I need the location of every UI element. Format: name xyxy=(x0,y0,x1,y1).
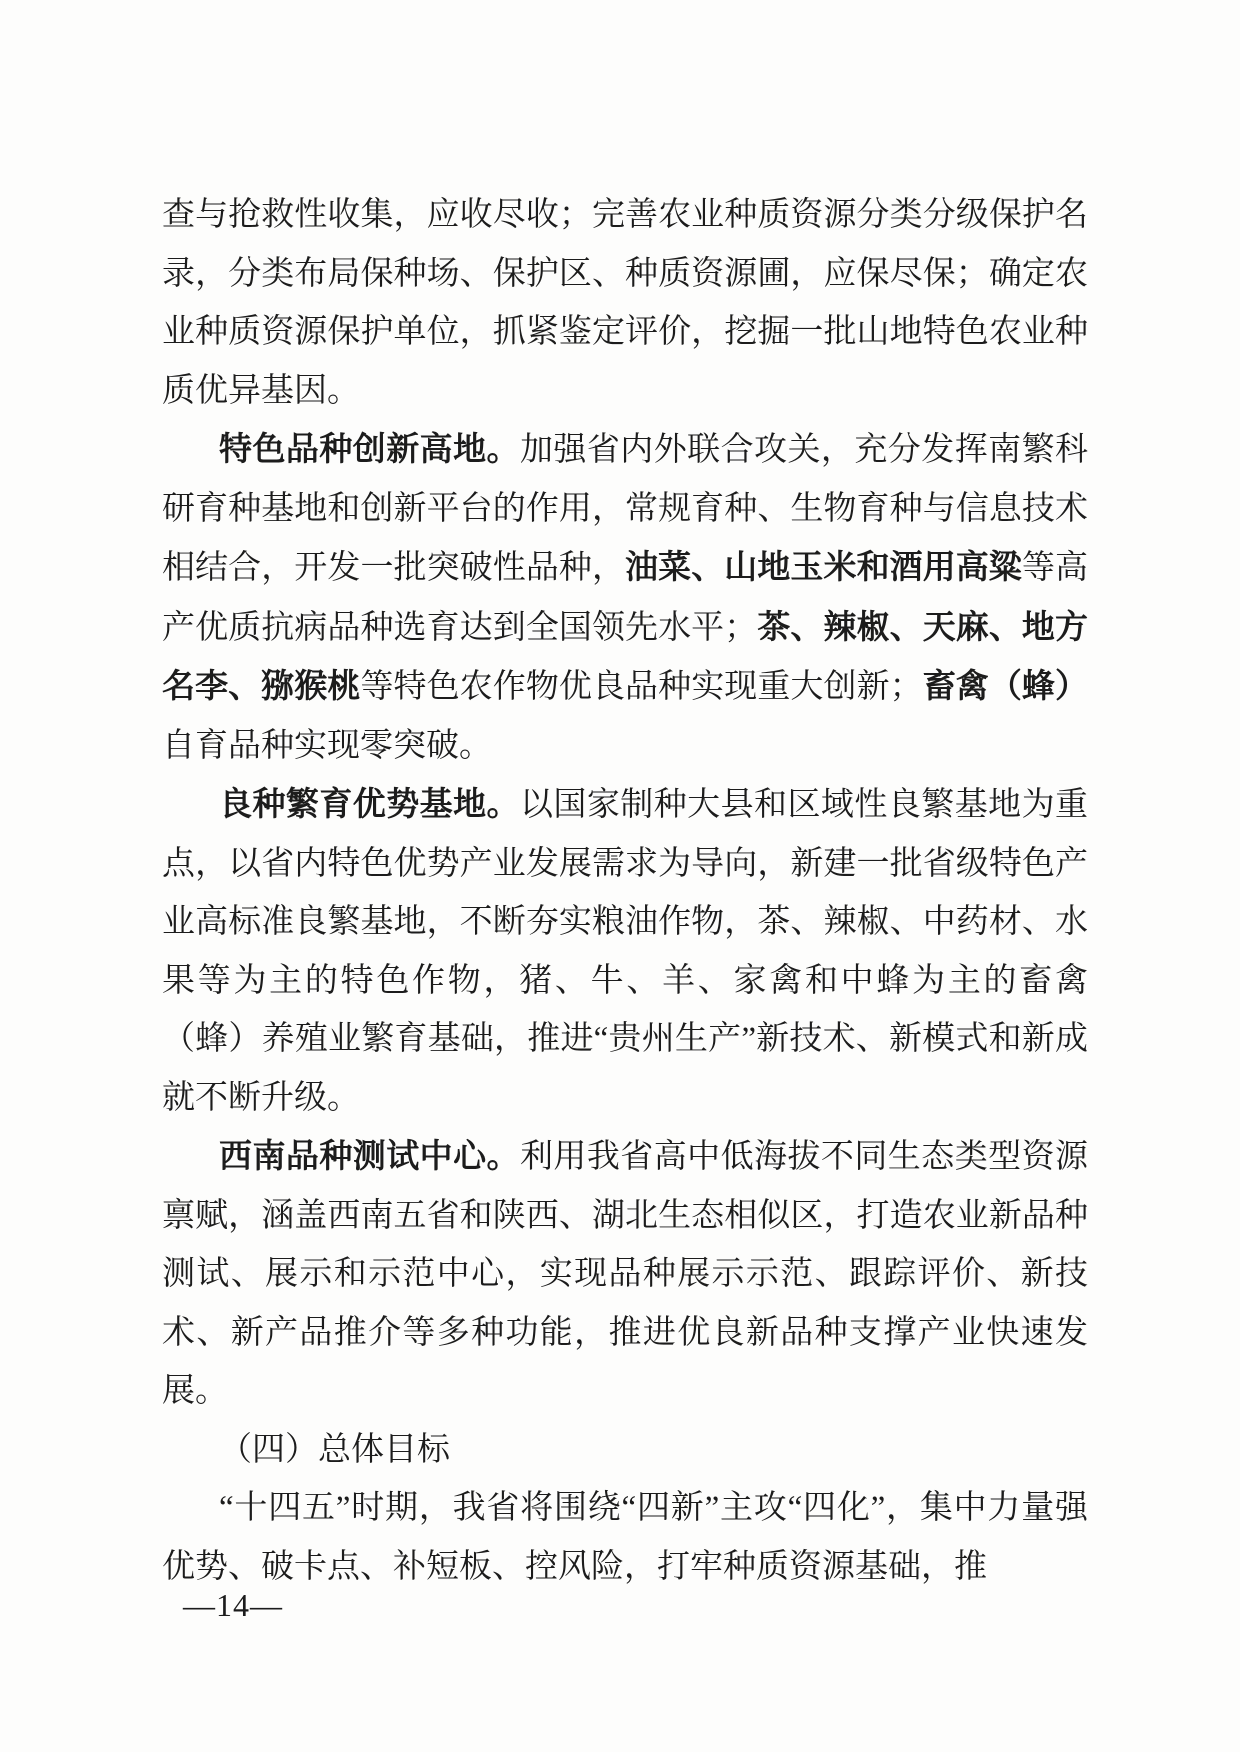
para-variety-innovation-highland: 特色品种创新高地。加强省内外联合攻关，充分发挥南繁科研育种基地和创新平台的作用，… xyxy=(162,420,1088,775)
para-germplasm-protection-continued: 查与抢救性收集，应收尽收；完善农业种质资源分类分级保护名录，分类布局保种场、保护… xyxy=(162,186,1088,420)
text-run: 以国家制种大县和区域性良繁基地为重点，以省内特色优势产业发展需求为导向，新建一批… xyxy=(162,787,1088,1116)
text-run: 利用我省高中低海拔不同生态类型资源禀赋，涵盖西南五省和陕西、湖北生态相似区，打造… xyxy=(162,1139,1088,1409)
document-page: 查与抢救性收集，应收尽收；完善农业种质资源分类分级保护名录，分类布局保种场、保护… xyxy=(0,0,1240,1752)
emphasis-run: 良种繁育优势基地。 xyxy=(219,785,520,822)
document-body: 查与抢救性收集，应收尽收；完善农业种质资源分类分级保护名录，分类布局保种场、保护… xyxy=(162,186,1088,1596)
text-run: （四）总体目标 xyxy=(219,1432,450,1468)
heading-overall-goals: （四）总体目标 xyxy=(162,1421,1088,1480)
text-run: 查与抢救性收集，应收尽收；完善农业种质资源分类分级保护名录，分类布局保种场、保护… xyxy=(162,197,1088,409)
para-seed-breeding-base: 良种繁育优势基地。以国家制种大县和区域性良繁基地为重点，以省内特色优势产业发展需… xyxy=(162,775,1088,1127)
text-run: 自育品种实现零突破。 xyxy=(162,728,492,764)
emphasis-run: 畜禽（蜂） xyxy=(923,667,1088,704)
text-run: “十四五”时期，我省将围绕“四新”主攻“四化”，集中力量强优势、破卡点、补短板、… xyxy=(162,1490,1088,1585)
emphasis-run: 特色品种创新高地。 xyxy=(219,430,520,467)
page-number: —14— xyxy=(183,1586,283,1624)
text-run: 等特色农作物优良品种实现重大创新； xyxy=(360,669,922,705)
para-southwest-variety-test-center: 西南品种测试中心。利用我省高中低海拔不同生态类型资源禀赋，涵盖西南五省和陕西、湖… xyxy=(162,1127,1088,1421)
emphasis-run: 油菜、山地玉米和酒用高粱 xyxy=(625,548,1022,585)
emphasis-run: 西南品种测试中心。 xyxy=(219,1137,520,1174)
para-14th-five-year-period: “十四五”时期，我省将围绕“四新”主攻“四化”，集中力量强优势、破卡点、补短板、… xyxy=(162,1479,1088,1596)
